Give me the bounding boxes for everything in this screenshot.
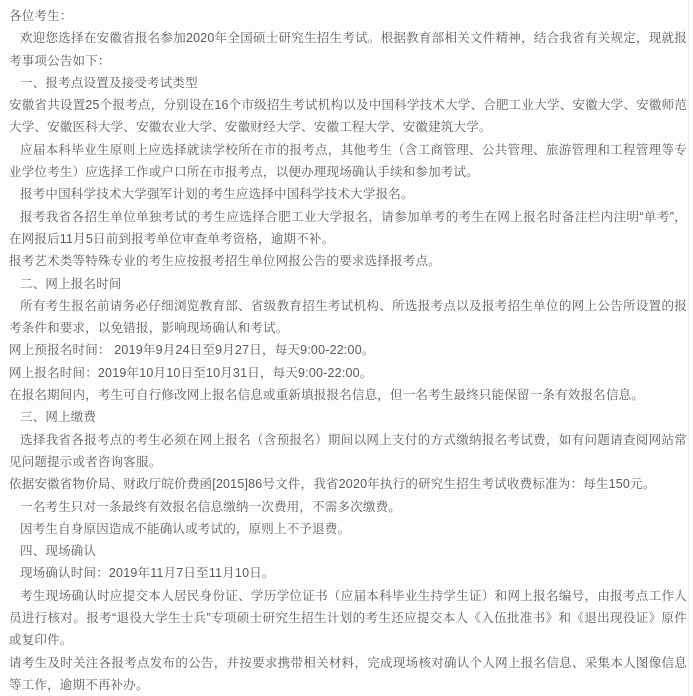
paragraph: 在报名期间内，考生可自行修改网上报名信息或重新填报报名信息，但一名考生最终只能保… bbox=[9, 384, 687, 406]
paragraph: 报考我省各招生单位单独考试的考生应选择合肥工业大学报名，请参加单考的考生在网上报… bbox=[9, 206, 687, 251]
paragraph: 应届本科毕业生原则上应选择就读学校所在市的报考点，其他考生（含工商管理、公共管理… bbox=[9, 139, 687, 184]
paragraph: 一名考生只对一条最终有效报名信息缴纳一次费用，不需多次缴费。 bbox=[9, 496, 687, 518]
paragraph: 报考艺术类等特殊专业的考生应按报考招生单位网报公告的要求选择报考点。 bbox=[9, 250, 687, 272]
paragraph: 欢迎您选择在安徽省报名参加2020年全国硕士研究生招生考试。根据教育部相关文件精… bbox=[9, 27, 687, 72]
paragraph: 依据安徽省物价局、财政厅皖价费函[2015]86号文件，我省2020年执行的研究… bbox=[9, 473, 687, 495]
paragraph: 所有考生报名前请务必仔细浏览教育部、省级教育招生考试机构、所选报考点以及报考招生… bbox=[9, 295, 687, 340]
salutation: 各位考生： bbox=[9, 5, 687, 27]
paragraph: 现场确认时间：2019年11月7日至11月10日。 bbox=[9, 562, 687, 584]
announcement-document: 各位考生：欢迎您选择在安徽省报名参加2020年全国硕士研究生招生考试。根据教育部… bbox=[0, 0, 693, 696]
section-heading: 四、现场确认 bbox=[9, 540, 687, 562]
paragraph: 安徽省共设置25个报考点，分别设在16个市级招生考试机构以及中国科学技术大学、合… bbox=[9, 94, 687, 139]
section-heading: 三、网上缴费 bbox=[9, 406, 687, 428]
document-body: 各位考生：欢迎您选择在安徽省报名参加2020年全国硕士研究生招生考试。根据教育部… bbox=[9, 5, 687, 696]
paragraph: 因考生自身原因造成不能确认或考试的，原则上不予退费。 bbox=[9, 518, 687, 540]
paragraph: 选择我省各报考点的考生必须在网上报名（含预报名）期间以网上支付的方式缴纳报名考试… bbox=[9, 429, 687, 474]
paragraph: 报考中国科学技术大学强军计划的考生应选择中国科学技术大学报名。 bbox=[9, 183, 687, 205]
content-right-border bbox=[688, 0, 689, 696]
section-heading: 二、网上报名时间 bbox=[9, 273, 687, 295]
paragraph: 网上报名时间：2019年10月10日至10月31日，每天9:00-22:00。 bbox=[9, 362, 687, 384]
paragraph: 请考生及时关注各报考点发布的公告，并按要求携带相关材料，完成现场核对确认个人网上… bbox=[9, 652, 687, 696]
paragraph: 网上预报名时间： 2019年9月24日至9月27日，每天9:00-22:00。 bbox=[9, 339, 687, 361]
section-heading: 一、报考点设置及接受考试类型 bbox=[9, 72, 687, 94]
paragraph: 考生现场确认时应提交本人居民身份证、学历学位证书（应届本科毕业生持学生证）和网上… bbox=[9, 585, 687, 652]
